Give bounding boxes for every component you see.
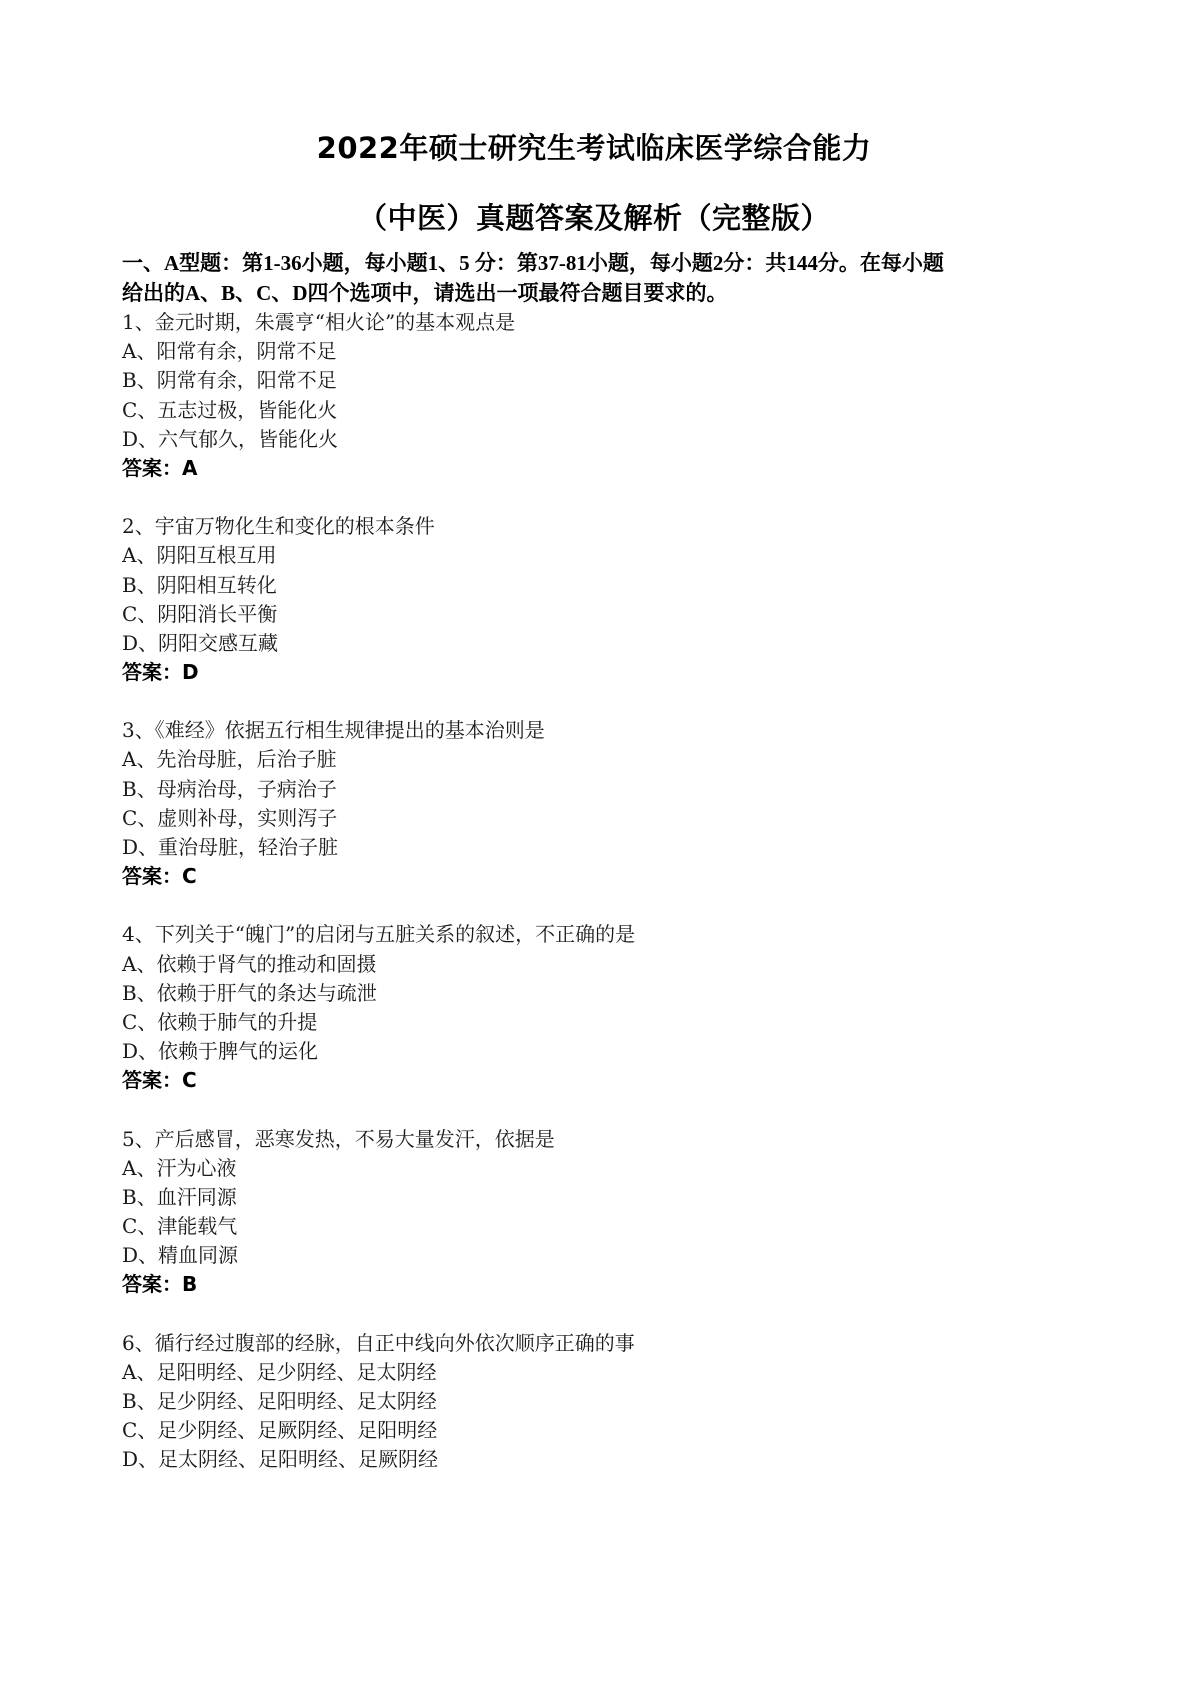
answer-key: 答案：B [122, 1270, 1082, 1299]
option-c: C、虚则补母，实则泻子 [122, 804, 1082, 833]
option-b: B、阴阳相互转化 [122, 571, 1082, 600]
question-stem: 3、《难经》依据五行相生规律提出的基本治则是 [122, 716, 1082, 745]
document-title-line-2: （中医）真题答案及解析（完整版） [0, 200, 1188, 236]
option-d: D、精血同源 [122, 1241, 1082, 1270]
option-b: B、依赖于肝气的条达与疏泄 [122, 979, 1082, 1008]
question-stem: 6、循行经过腹部的经脉，自正中线向外依次顺序正确的事 [122, 1329, 1082, 1358]
question-5: 5、产后感冒，恶寒发热，不易大量发汗，依据是 A、汗为心液 B、血汗同源 C、津… [122, 1125, 1082, 1300]
option-c: C、依赖于肺气的升提 [122, 1008, 1082, 1037]
question-1: 1、金元时期，朱震亨“相火论”的基本观点是 A、阳常有余，阴常不足 B、阴常有余… [122, 308, 1082, 483]
question-6: 6、循行经过腹部的经脉，自正中线向外依次顺序正确的事 A、足阳明经、足少阴经、足… [122, 1329, 1082, 1475]
option-b: B、血汗同源 [122, 1183, 1082, 1212]
option-a: A、足阳明经、足少阴经、足太阴经 [122, 1358, 1082, 1387]
question-stem: 5、产后感冒，恶寒发热，不易大量发汗，依据是 [122, 1125, 1082, 1154]
answer-key: 答案：C [122, 1066, 1082, 1095]
option-a: A、阳常有余，阴常不足 [122, 337, 1082, 366]
question-3: 3、《难经》依据五行相生规律提出的基本治则是 A、先治母脏，后治子脏 B、母病治… [122, 716, 1082, 891]
document-title-line-1: 2022年硕士研究生考试临床医学综合能力 [0, 130, 1188, 166]
answer-key: 答案：A [122, 454, 1082, 483]
question-4: 4、下列关于“魄门”的启闭与五脏关系的叙述，不正确的是 A、依赖于肾气的推动和固… [122, 920, 1082, 1095]
option-b: B、母病治母，子病治子 [122, 775, 1082, 804]
option-d: D、阴阳交感互藏 [122, 629, 1082, 658]
option-d: D、六气郁久，皆能化火 [122, 425, 1082, 454]
answer-key: 答案：D [122, 658, 1082, 687]
option-a: A、阴阳互根互用 [122, 541, 1082, 570]
option-a: A、先治母脏，后治子脏 [122, 745, 1082, 774]
question-stem: 4、下列关于“魄门”的启闭与五脏关系的叙述，不正确的是 [122, 920, 1082, 949]
document-page: 2022年硕士研究生考试临床医学综合能力 （中医）真题答案及解析（完整版） 一、… [0, 0, 1188, 1683]
question-list: 1、金元时期，朱震亨“相火论”的基本观点是 A、阳常有余，阴常不足 B、阴常有余… [122, 308, 1082, 1504]
option-b: B、足少阴经、足阳明经、足太阴经 [122, 1387, 1082, 1416]
option-c: C、阴阳消长平衡 [122, 600, 1082, 629]
option-c: C、足少阴经、足厥阴经、足阳明经 [122, 1416, 1082, 1445]
instructions-line-1: 一、A型题：第1-36小题，每小题1、5 分：第37-81小题，每小题2分：共1… [122, 248, 1082, 278]
question-stem: 1、金元时期，朱震亨“相火论”的基本观点是 [122, 308, 1082, 337]
option-c: C、五志过极，皆能化火 [122, 396, 1082, 425]
instructions-line-2: 给出的A、B、C、D四个选项中，请选出一项最符合题目要求的。 [122, 278, 1082, 308]
question-2: 2、宇宙万物化生和变化的根本条件 A、阴阳互根互用 B、阴阳相互转化 C、阴阳消… [122, 512, 1082, 687]
option-d: D、足太阴经、足阳明经、足厥阴经 [122, 1445, 1082, 1474]
option-a: A、汗为心液 [122, 1154, 1082, 1183]
option-d: D、依赖于脾气的运化 [122, 1037, 1082, 1066]
question-stem: 2、宇宙万物化生和变化的根本条件 [122, 512, 1082, 541]
answer-key: 答案：C [122, 862, 1082, 891]
option-c: C、津能载气 [122, 1212, 1082, 1241]
section-instructions: 一、A型题：第1-36小题，每小题1、5 分：第37-81小题，每小题2分：共1… [122, 248, 1082, 308]
option-d: D、重治母脏，轻治子脏 [122, 833, 1082, 862]
option-a: A、依赖于肾气的推动和固摄 [122, 950, 1082, 979]
option-b: B、阴常有余，阳常不足 [122, 366, 1082, 395]
